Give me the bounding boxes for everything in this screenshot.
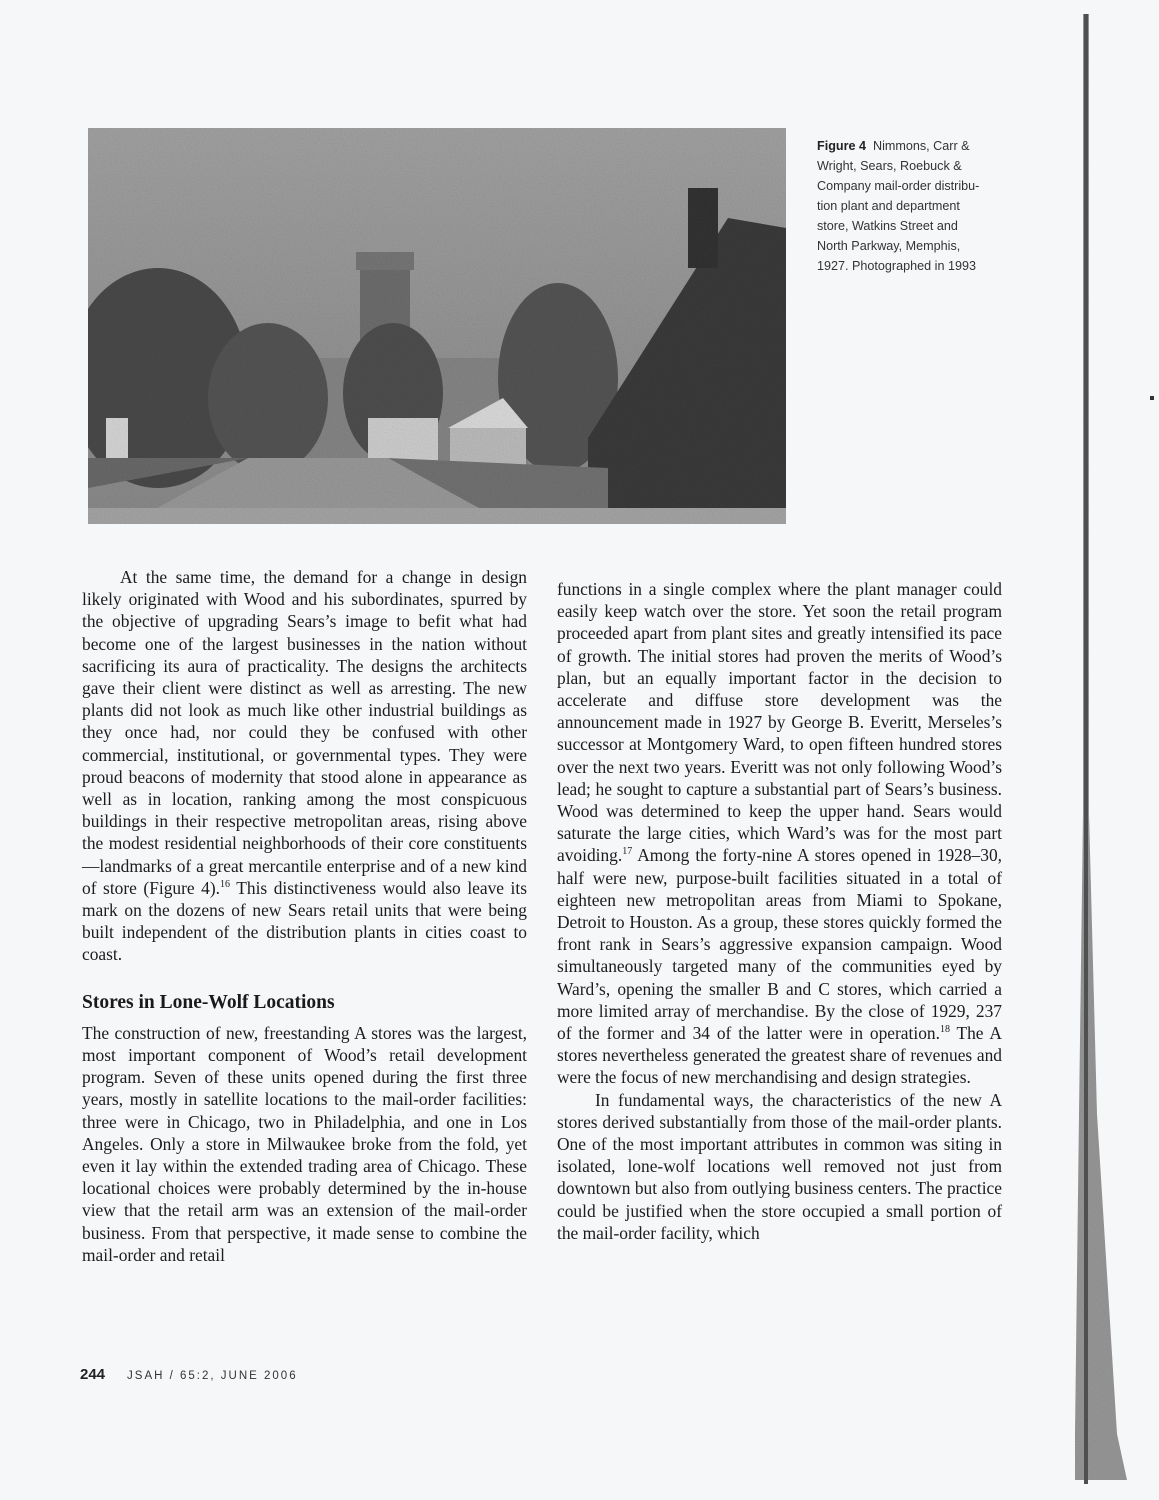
body-paragraph: At the same time, the demand for a chang… <box>82 566 527 966</box>
paragraph-text: Among the forty-nine A stores opened in … <box>557 845 1002 1043</box>
caption-line: tion plant and department <box>817 199 960 213</box>
page-footer: 244 JSAH / 65:2, JUNE 2006 <box>80 1366 298 1383</box>
left-text-column: At the same time, the demand for a chang… <box>82 566 527 1266</box>
footnote-reference-16[interactable]: 16 <box>220 879 230 890</box>
section-heading: Stores in Lone-Wolf Locations <box>82 992 527 1014</box>
caption-line: North Parkway, Memphis, <box>817 239 960 253</box>
figure-label: Figure 4 <box>817 139 866 153</box>
figure-4-photograph <box>88 128 786 524</box>
body-paragraph: The construction of new, freestanding A … <box>82 1022 527 1266</box>
body-paragraph: functions in a single complex where the … <box>557 578 1002 1089</box>
page-number: 244 <box>80 1366 105 1383</box>
paragraph-text: functions in a single complex where the … <box>557 579 1002 865</box>
body-paragraph: In fundamental ways, the characteristics… <box>557 1089 1002 1244</box>
street-scene-illustration <box>88 128 786 524</box>
journal-citation: JSAH / 65:2, JUNE 2006 <box>127 1370 298 1382</box>
figure-caption: Figure 4 Nimmons, Carr & Wright, Sears, … <box>817 136 1007 276</box>
caption-line: 1927. Photographed in 1993 <box>817 259 976 273</box>
footnote-reference-17[interactable]: 17 <box>622 846 632 857</box>
right-text-column: functions in a single complex where the … <box>557 578 1002 1244</box>
caption-line: Company mail-order distribu- <box>817 179 979 193</box>
caption-line: Wright, Sears, Roebuck & <box>817 159 962 173</box>
journal-page: Figure 4 Nimmons, Carr & Wright, Sears, … <box>0 0 1159 1500</box>
caption-line: store, Watkins Street and <box>817 219 958 233</box>
binding-shadow <box>1075 14 1159 1500</box>
footnote-reference-18[interactable]: 18 <box>940 1024 950 1035</box>
scan-artifact <box>1150 396 1154 400</box>
caption-line: Nimmons, Carr & <box>873 139 970 153</box>
paragraph-text: At the same time, the demand for a chang… <box>82 567 527 898</box>
